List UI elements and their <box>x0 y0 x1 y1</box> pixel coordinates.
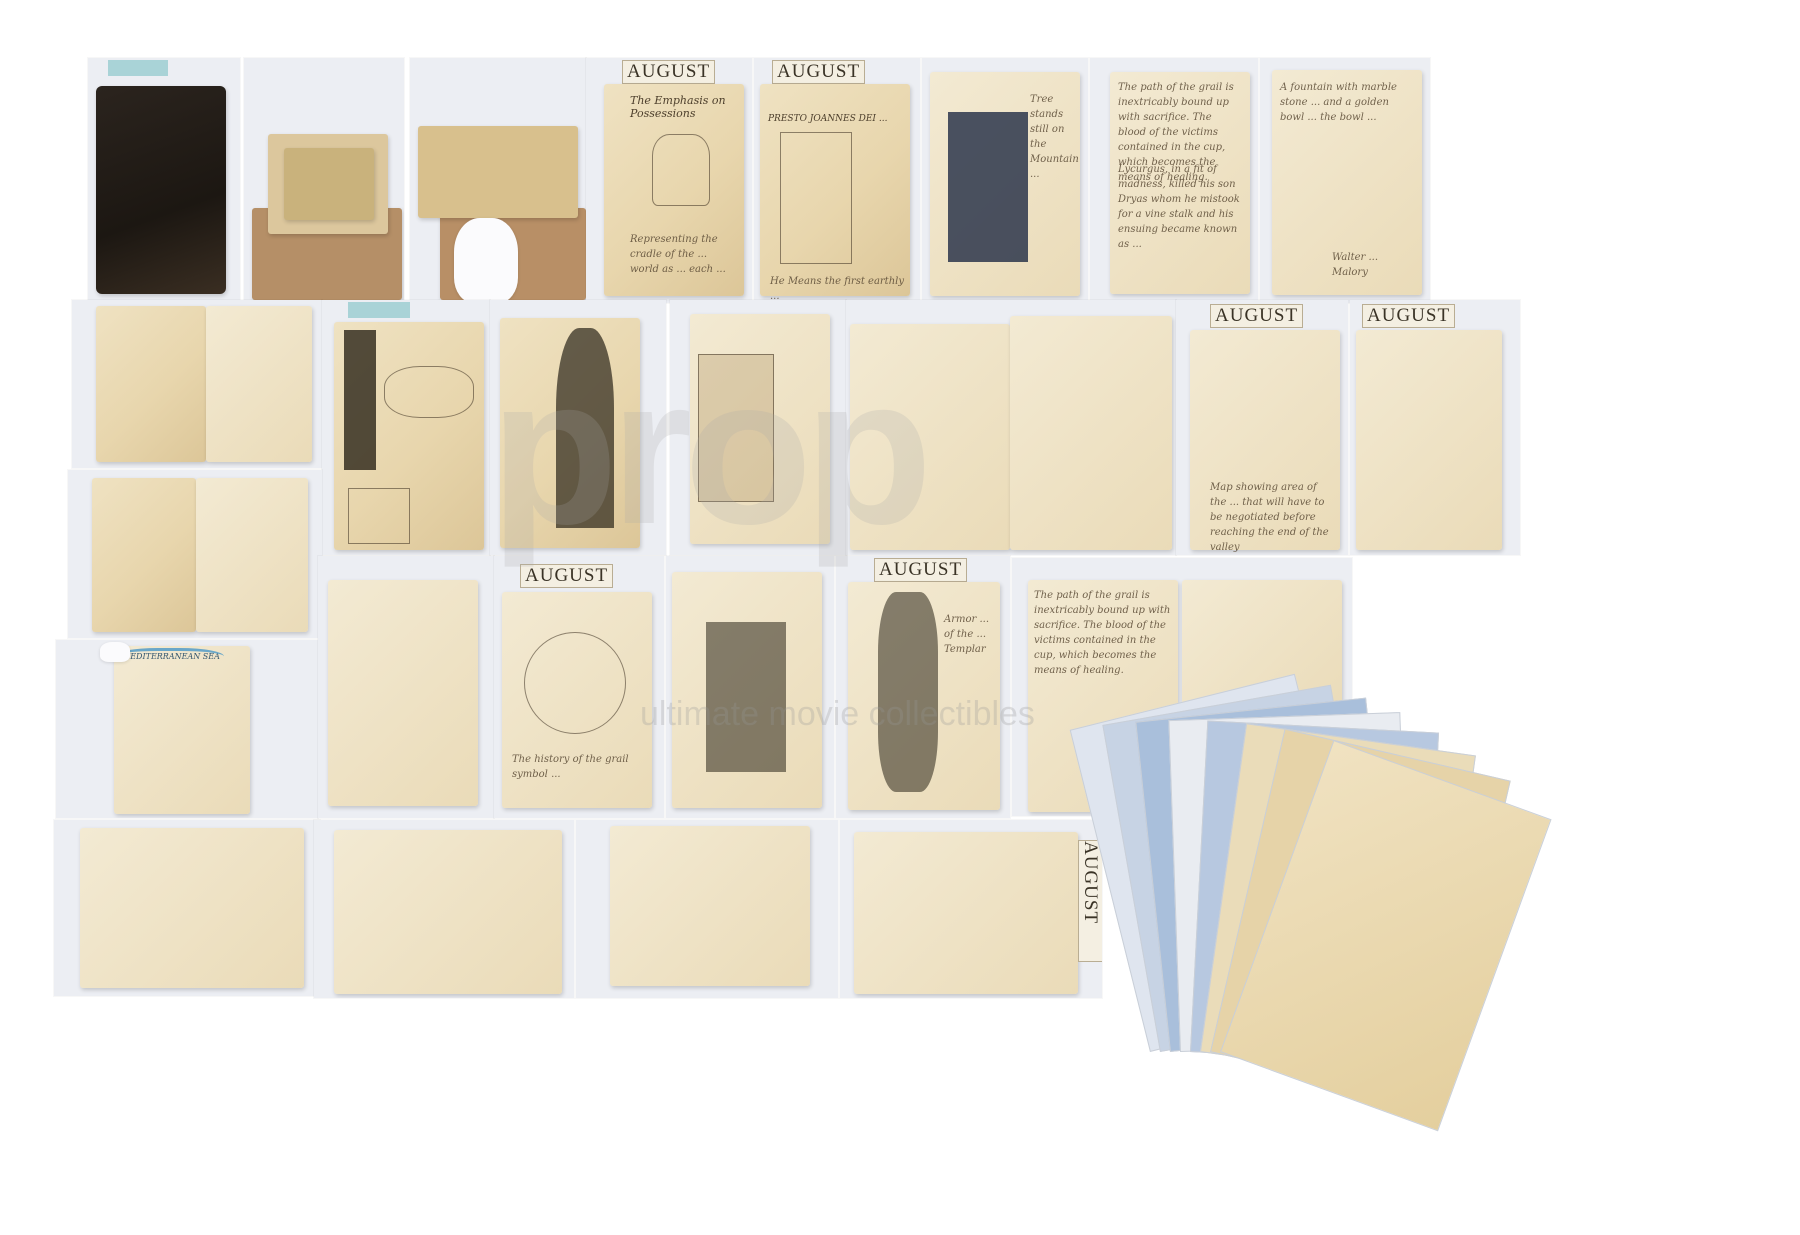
photo-journal-cover <box>88 58 240 303</box>
altar-page <box>690 314 830 544</box>
handwritten-note: Representing the cradle of the ... world… <box>630 232 730 277</box>
photo-long-text <box>314 820 574 998</box>
handwritten-text: The path of the grail is inextricably bo… <box>1034 588 1172 678</box>
coastal-map-page: MEDITERRANEAN SEA <box>114 646 250 814</box>
handwritten-text: A fountain with marble stone ... and a g… <box>1280 80 1412 125</box>
illustrated-insert <box>284 148 374 220</box>
photo-grid-map: AUGUST <box>1350 300 1520 555</box>
august-tab: AUGUST <box>1362 304 1455 328</box>
crucifix-print <box>948 112 1028 262</box>
photo-altar-page <box>670 300 846 555</box>
white-glove <box>100 642 130 662</box>
crucifix-page: Tree stands still on the Mountain ... <box>930 72 1080 296</box>
photo-inserts-1 <box>244 58 404 303</box>
right-page <box>206 306 312 462</box>
handwritten-text: Lycurgus, in a fit of madness, killed hi… <box>1118 162 1242 252</box>
august-tab: AUGUST <box>874 558 967 582</box>
map-left-page <box>850 324 1010 550</box>
map-right-page <box>1010 316 1172 550</box>
map-note: Map showing area of the ... that will ha… <box>1210 480 1330 555</box>
throne-page: PRESTO JOANNES DEI ... He Means the firs… <box>760 84 910 296</box>
right-page <box>196 478 308 632</box>
grid-map-page <box>1356 330 1502 550</box>
wheel-diagram <box>524 632 626 734</box>
photo-stained-glass <box>666 556 834 818</box>
rubbing-print <box>344 330 376 470</box>
chalice-sketch <box>652 134 710 206</box>
august-tab-vertical: AUGUST <box>1078 840 1102 962</box>
stained-glass-print <box>706 622 786 772</box>
august-tab: AUGUST <box>772 60 865 84</box>
photo-rubbings-page <box>322 300 490 555</box>
chalice-page: The Emphasis on Possessions Representing… <box>604 84 744 296</box>
path-text-page: The path of the grail is inextricably bo… <box>1110 72 1250 294</box>
grid-map-page <box>854 832 1078 994</box>
photo-throne-page: AUGUST PRESTO JOANNES DEI ... He Means t… <box>754 58 920 303</box>
ticket-tab <box>348 302 410 318</box>
august-tab: AUGUST <box>622 60 715 84</box>
stained-glass-page <box>672 572 822 808</box>
handwritten-page <box>328 580 478 806</box>
armor-rubbing <box>878 592 938 792</box>
handwritten-note: Armor ... of the ... Templar <box>944 612 994 657</box>
left-page <box>92 478 196 632</box>
photo-brass-page <box>490 300 666 555</box>
fanned-print-stack <box>1150 720 1550 1080</box>
handwritten-note: Tree stands still on the Mountain ... <box>1030 92 1078 182</box>
rubbings-page <box>334 322 484 550</box>
handwritten-note: He Means the first earthly ... <box>770 274 910 303</box>
ticket-tab <box>108 60 168 76</box>
river-sketch-page <box>610 826 810 986</box>
photo-armor-page: AUGUST Armor ... of the ... Templar <box>836 556 1010 818</box>
august-tab: AUGUST <box>1210 304 1303 328</box>
photo-valley-map: AUGUST Map showing area of the ... that … <box>1176 300 1348 555</box>
brass-rubbing-page <box>500 318 640 548</box>
wheel-page: The history of the grail symbol ... <box>502 592 652 808</box>
photo-chalice-page: AUGUST The Emphasis on Possessions Repre… <box>586 58 752 303</box>
altar-sketch <box>698 354 774 502</box>
photo-crucifix-page: Tree stands still on the Mountain ... <box>922 58 1088 303</box>
handwritten-text: The history of the grail symbol ... <box>512 752 642 782</box>
rubbing-sketch <box>348 488 410 544</box>
illustrated-insert <box>418 126 578 218</box>
contour-map-spread <box>80 828 304 988</box>
photo-contour-map <box>54 820 320 996</box>
photo-inserts-2 <box>410 58 586 303</box>
photo-open-journal-2 <box>68 470 322 638</box>
photo-grid-map-2: AUGUST <box>840 820 1102 998</box>
left-page <box>96 306 206 462</box>
page-title: The Emphasis on Possessions <box>630 94 744 120</box>
rubbing-sketch <box>384 366 474 418</box>
signature: Walter ... Malory <box>1332 250 1412 280</box>
white-glove <box>454 218 518 303</box>
valley-map-page: Map showing area of the ... that will ha… <box>1190 330 1340 550</box>
august-tab: AUGUST <box>520 564 613 588</box>
photo-fountain-page: A fountain with marble stone ... and a g… <box>1260 58 1430 303</box>
photo-path-page: The path of the grail is inextricably bo… <box>1090 58 1258 303</box>
long-text-page <box>334 830 562 994</box>
fountain-text-page: A fountain with marble stone ... and a g… <box>1272 70 1422 295</box>
brass-figure <box>556 328 614 528</box>
banner-text: PRESTO JOANNES DEI ... <box>768 114 887 124</box>
throne-sketch <box>780 132 852 264</box>
photo-open-journal-1 <box>72 300 322 468</box>
coastline <box>114 648 224 669</box>
photo-river-sketch <box>576 820 838 998</box>
leather-journal-cover <box>96 86 226 294</box>
armor-page: Armor ... of the ... Templar <box>848 582 1000 810</box>
photo-wheel-page: AUGUST The history of the grail symbol .… <box>494 556 664 818</box>
photo-map-spread <box>846 300 1176 555</box>
photo-coastal-map: MEDITERRANEAN SEA <box>56 640 318 818</box>
photo-text-page-a <box>318 556 494 818</box>
